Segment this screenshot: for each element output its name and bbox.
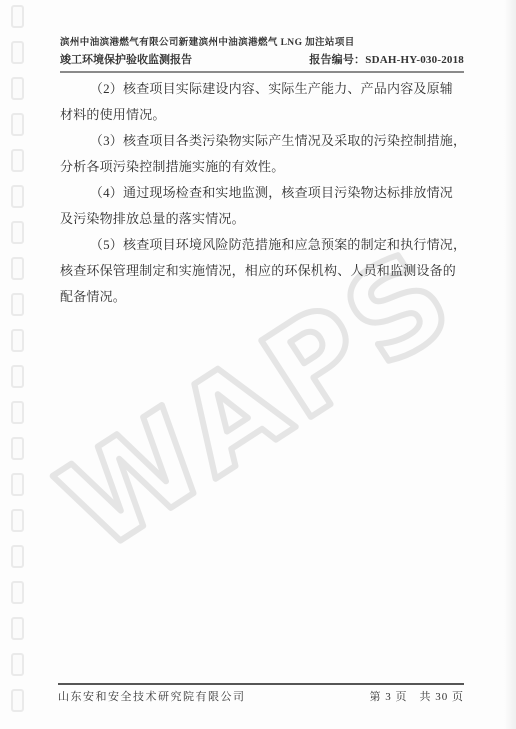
report-number-group: 报告编号：SDAH-HY-030-2018 — [309, 51, 464, 67]
binding-ring — [11, 617, 24, 640]
body-line: 分析各项污染控制措施实施的有效性。 — [60, 154, 460, 180]
body-line: （5）核查项目环境风险防范措施和应急预案的制定和执行情况， — [60, 232, 460, 258]
binding-ring — [11, 221, 24, 244]
header-report-type: 竣工环境保护验收监测报告 — [60, 51, 192, 67]
document-page: WAPS 滨州中油滨港燃气有限公司新建滨州中油滨港燃气 LNG 加注站项目 竣工… — [0, 0, 516, 729]
binding-ring — [11, 473, 24, 496]
footer-page-info: 第 3 页 共 30 页 — [370, 688, 465, 704]
body-line: 材料的使用情况。 — [60, 102, 460, 128]
binding-ring — [11, 5, 24, 28]
binding-ring — [11, 653, 24, 676]
binding-ring — [11, 401, 24, 424]
header-project-title: 滨州中油滨港燃气有限公司新建滨州中油滨港燃气 LNG 加注站项目 — [60, 34, 464, 48]
binding-ring — [11, 149, 24, 172]
binding-ring — [11, 257, 24, 280]
binding-ring — [11, 509, 24, 532]
binding-ring — [11, 545, 24, 568]
binding-ring — [11, 113, 24, 136]
binding-ring — [11, 689, 24, 712]
body-line: （3）核查项目各类污染物实际产生情况及采取的污染控制措施， — [60, 128, 460, 154]
document-body: （2）核查项目实际建设内容、实际生产能力、产品内容及原辅 材料的使用情况。 （3… — [60, 76, 460, 310]
body-line: 配备情况。 — [60, 284, 460, 310]
binding-ring — [11, 77, 24, 100]
binding-ring — [11, 581, 24, 604]
page-edge-shadow — [504, 0, 516, 729]
document-header: 滨州中油滨港燃气有限公司新建滨州中油滨港燃气 LNG 加注站项目 竣工环境保护验… — [60, 34, 464, 73]
report-number: SDAH-HY-030-2018 — [365, 54, 464, 66]
binding-ring — [11, 185, 24, 208]
footer-company: 山东安和安全技术研究院有限公司 — [58, 688, 246, 704]
paragraph-5: （5）核查项目环境风险防范措施和应急预案的制定和执行情况， 核查环保管理制定和实… — [60, 232, 460, 310]
report-number-label: 报告编号： — [309, 54, 365, 66]
binding-ring — [11, 293, 24, 316]
paragraph-2: （2）核查项目实际建设内容、实际生产能力、产品内容及原辅 材料的使用情况。 — [60, 76, 460, 128]
document-footer: 山东安和安全技术研究院有限公司 第 3 页 共 30 页 — [58, 683, 464, 704]
body-line: 核查环保管理制定和实施情况，相应的环保机构、人员和监测设备的 — [60, 258, 460, 284]
body-line: （4）通过现场检查和实地监测，核查项目污染物达标排放情况 — [60, 180, 460, 206]
binding-ring — [11, 41, 24, 64]
paragraph-4: （4）通过现场检查和实地监测，核查项目污染物达标排放情况 及污染物排放总量的落实… — [60, 180, 460, 232]
body-line: （2）核查项目实际建设内容、实际生产能力、产品内容及原辅 — [60, 76, 460, 102]
body-line: 及污染物排放总量的落实情况。 — [60, 206, 460, 232]
paragraph-3: （3）核查项目各类污染物实际产生情况及采取的污染控制措施， 分析各项污染控制措施… — [60, 128, 460, 180]
header-second-row: 竣工环境保护验收监测报告 报告编号：SDAH-HY-030-2018 — [60, 51, 464, 73]
binding-ring — [11, 329, 24, 352]
binding-ring — [11, 365, 24, 388]
binding-ring — [11, 437, 24, 460]
